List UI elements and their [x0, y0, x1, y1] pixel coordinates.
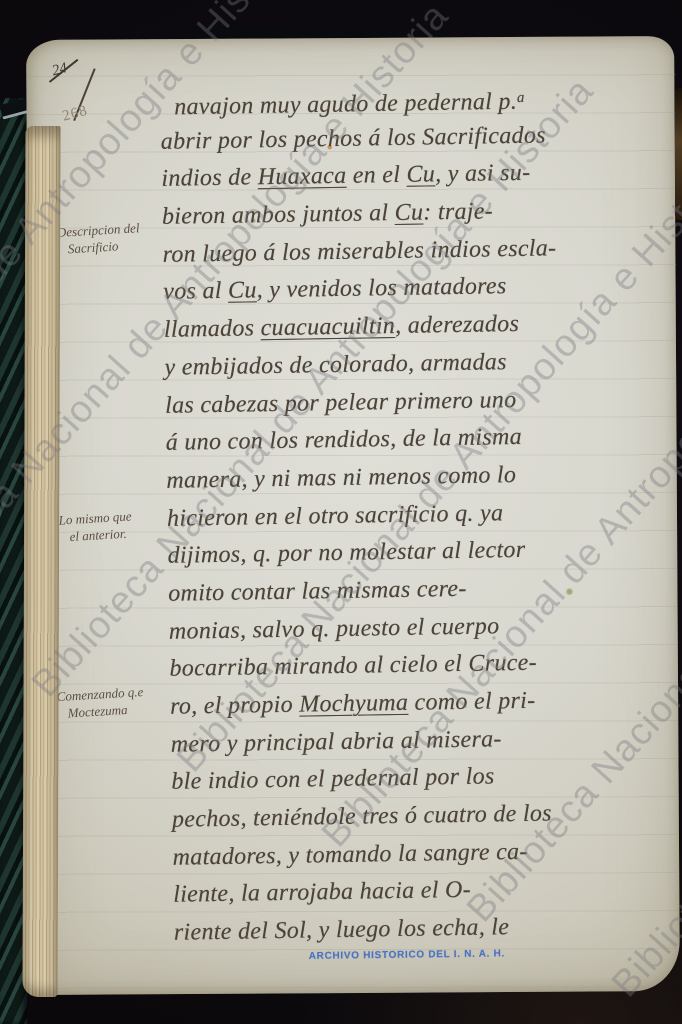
manuscript-text: mero y principal abria al misera-	[171, 726, 502, 757]
manuscript-text: monias, salvo q. puesto el cuerpo	[169, 613, 500, 644]
margin-note-line: Sacrificio	[57, 236, 141, 258]
manuscript-text: riente del Sol, y luego los echa, le	[174, 914, 510, 946]
manuscript-text: las cabezas por pelear primero uno	[165, 387, 517, 419]
manuscript-text: manera, y ni mas ni menos como lo	[166, 462, 516, 494]
margin-note-line: Moctezuma	[57, 700, 145, 722]
margin-note: Lo mismo que el anterior.	[58, 507, 133, 545]
manuscript-text: , y asi su-	[435, 160, 531, 188]
manuscript-text: bieron ambos juntos al	[162, 200, 395, 230]
manuscript-text: dijimos, q. por no molestar al lector	[167, 537, 525, 569]
manuscript-text: , y venidos los matadores	[256, 274, 506, 304]
page-curl-right-edge	[675, 88, 682, 220]
manuscript-text: , aderezados	[395, 311, 519, 339]
manuscript-text: matadores, y tomando la sangre ca-	[172, 839, 527, 871]
manuscript-text: ro, el propio	[170, 692, 300, 720]
manuscript-text: navajon muy agudo de pedernal p.	[174, 89, 517, 121]
photo-background: 24 268 Descripcion del Sacrificio Lo mis…	[0, 0, 682, 1024]
manuscript-text: pechos, teniéndole tres ó cuatro de los	[172, 801, 552, 833]
manuscript-text: omito contar las mismas cere-	[168, 576, 467, 607]
manuscript-text: y embijados de colorado, armadas	[164, 349, 507, 381]
manuscript-text: ron luego á los miserables indios escla-	[162, 235, 556, 268]
manuscript-text: liente, la arrojaba hacia el O-	[173, 877, 471, 908]
manuscript-text: ble indio con el pedernal por los	[171, 764, 495, 795]
underlined-word: Cu	[406, 162, 435, 188]
margin-note: Descripcion del Sacrificio	[56, 219, 141, 258]
archive-stamp: ARCHIVO HISTORICO DEL I. N. A. H.	[309, 948, 505, 962]
manuscript-text: indios de	[161, 165, 258, 193]
margin-note-line: el anterior.	[59, 524, 133, 545]
underlined-word: Cu	[394, 200, 423, 226]
manuscript-text: como el pri-	[408, 688, 536, 716]
underlined-word: cuacuacuiltin	[260, 313, 395, 341]
manuscript-text: vos al	[163, 278, 228, 305]
manuscript-text-block: navajon muy agudo de pedernal p.aabrir p…	[160, 77, 682, 952]
manuscript-text: llamados	[164, 315, 261, 343]
manuscript-text: á uno con los rendidos, de la misma	[166, 424, 523, 456]
manuscript-page: 24 268 Descripcion del Sacrificio Lo mis…	[26, 36, 680, 995]
manuscript-text: abrir por los pechos á los Sacrificados	[161, 122, 546, 154]
underlined-word: Mochyuma	[299, 690, 408, 718]
manuscript-line: riente del Sol, y luego los echa, le	[174, 906, 682, 952]
manuscript-text: a	[517, 90, 525, 106]
manuscript-text: bocarriba mirando al cielo el Cruce-	[169, 650, 537, 682]
manuscript-text: en el	[346, 162, 407, 189]
manuscript-text: hicieron en el otro sacrificio q. ya	[167, 500, 504, 532]
folio-new-number: 268	[61, 103, 90, 126]
folio-old-number: 24	[50, 60, 69, 80]
margin-note: Comenzando q.e Moctezuma	[56, 683, 145, 722]
underlined-word: Cu	[228, 278, 257, 304]
page-stack-edges	[22, 126, 60, 997]
manuscript-text: : traje-	[423, 198, 493, 225]
underlined-word: Huaxaca	[257, 163, 346, 190]
